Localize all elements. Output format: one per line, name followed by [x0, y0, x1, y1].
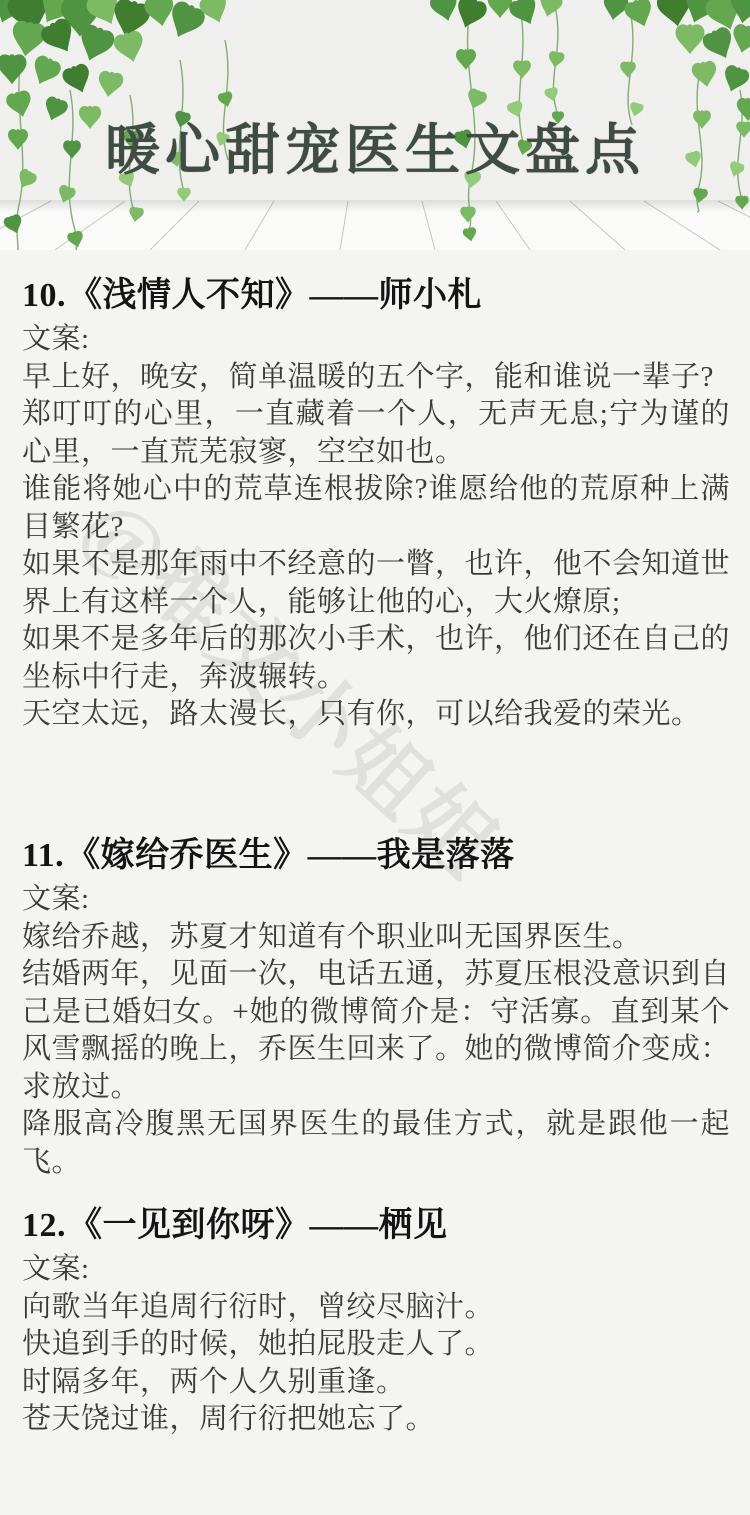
copy-line: 谁能将她心中的荒草连根拔除?谁愿给他的荒原种上满目繁花? — [22, 471, 730, 546]
book-entry-title: 12.《一见到你呀》——栖见 — [22, 1206, 730, 1246]
copy-line: 快追到手的时候，她拍屁股走人了。 — [22, 1326, 730, 1364]
entry-book-title: 《嫁给乔医生》——我是落落 — [66, 837, 515, 874]
entry-number: 12. — [22, 1207, 66, 1244]
book-entry-title: 10.《浅情人不知》——师小札 — [22, 276, 730, 316]
copy-line: 早上好，晚安，简单温暖的五个字，能和谁说一辈子? — [22, 359, 730, 397]
copy-line: 结婚两年，见面一次，电话五通，苏夏压根没意识到自己是已婚妇女。+她的微博简介是：… — [22, 956, 730, 1106]
entry-book-title: 《一见到你呀》——栖见 — [68, 1207, 448, 1244]
copy-line: 苍天饶过谁，周行衍把她忘了。 — [22, 1401, 730, 1439]
copy-line: 如果不是多年后的那次小手术，也许，他们还在自己的坐标中行走，奔波辗转。 — [22, 621, 730, 696]
page: .l1{fill:#3f7d2f}.l2{fill:#4f9440}.l3{fi… — [0, 0, 750, 1515]
book-entry-title: 11.《嫁给乔医生》——我是落落 — [22, 836, 730, 876]
book-entry-12: 12.《一见到你呀》——栖见 文案: 向歌当年追周行衍时，曾绞尽脑汁。 快追到手… — [22, 1206, 730, 1439]
entry-number: 10. — [22, 277, 66, 314]
book-entry-10: 10.《浅情人不知》——师小札 文案: 早上好，晚安，简单温暖的五个字，能和谁说… — [22, 276, 730, 734]
copy-label: 文案: — [22, 881, 730, 919]
copy-line: 郑叮叮的心里，一直藏着一个人，无声无息;宁为谨的心里，一直荒芜寂寥，空空如也。 — [22, 396, 730, 471]
page-title: 暖心甜宠医生文盘点 — [0, 106, 750, 185]
copy-line: 天空太远，路太漫长，只有你，可以给我爱的荣光。 — [22, 696, 730, 734]
book-entry-11: 11.《嫁给乔医生》——我是落落 文案: 嫁给乔越，苏夏才知道有个职业叫无国界医… — [22, 836, 730, 1181]
entry-number: 11. — [22, 837, 64, 874]
entry-book-title: 《浅情人不知》——师小札 — [68, 277, 482, 314]
copy-label: 文案: — [22, 1251, 730, 1289]
copy-line: 降服高冷腹黑无国界医生的最佳方式，就是跟他一起飞。 — [22, 1106, 730, 1181]
copy-label: 文案: — [22, 321, 730, 359]
copy-line: 嫁给乔越，苏夏才知道有个职业叫无国界医生。 — [22, 919, 730, 957]
book-list: 10.《浅情人不知》——师小札 文案: 早上好，晚安，简单温暖的五个字，能和谁说… — [0, 0, 750, 1515]
copy-line: 时隔多年，两个人久别重逢。 — [22, 1364, 730, 1402]
copy-line: 如果不是那年雨中不经意的一瞥，也许，他不会知道世界上有这样一个人，能够让他的心，… — [22, 546, 730, 621]
copy-line: 向歌当年追周行衍时，曾绞尽脑汁。 — [22, 1289, 730, 1327]
